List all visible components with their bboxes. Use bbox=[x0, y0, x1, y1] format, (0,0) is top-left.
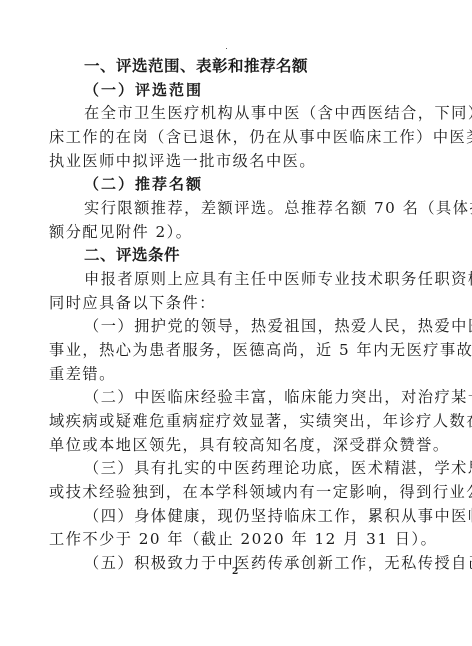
paragraph-line: （一）拥护党的领导，热爱祖国，热爱人民，热爱中医药 bbox=[84, 315, 421, 337]
scan-speck bbox=[226, 48, 227, 49]
paragraph-line: 重差错。 bbox=[49, 363, 421, 385]
paragraph-line: 申报者原则上应具有主任中医师专业技术职务任职资格， bbox=[84, 268, 421, 290]
paragraph-line: 事业，热心为患者服务，医德高尚，近 5 年内无医疗事故和严 bbox=[49, 339, 421, 361]
paragraph-line: 床工作的在岗（含已退休，仍在从事中医临床工作）中医类别 bbox=[49, 126, 421, 148]
subsection-heading: （一）评选范围 bbox=[84, 79, 421, 101]
paragraph-line: 单位或本地区领先，具有较高知名度，深受群众赞誉。 bbox=[49, 434, 421, 456]
paragraph-line: （三）具有扎实的中医药理论功底，医术精湛，学术思想 bbox=[84, 457, 421, 479]
paragraph-line: 实行限额推荐，差额评选。总推荐名额 70 名（具体推荐名 bbox=[84, 197, 421, 219]
page-number: 2 bbox=[232, 567, 238, 577]
paragraph-line: （二）中医临床经验丰富，临床能力突出，对治疗某一领 bbox=[84, 386, 421, 408]
document-page: 一、评选范围、表彰和推荐名额（一）评选范围在全市卫生医疗机构从事中医（含中西医结… bbox=[0, 0, 472, 646]
paragraph-line: 同时应具备以下条件： bbox=[49, 292, 421, 314]
paragraph-line: （四）身体健康，现仍坚持临床工作，累积从事中医临床 bbox=[84, 505, 421, 527]
section-heading: 二、评选条件 bbox=[84, 244, 421, 266]
subsection-heading: （二）推荐名额 bbox=[84, 173, 421, 195]
paragraph-line: 额分配见附件 2）。 bbox=[49, 221, 421, 243]
paragraph-line: 域疾病或疑难危重病症疗效显著，实绩突出，年诊疗人数在本 bbox=[49, 410, 421, 432]
paragraph-line: 或技术经验独到，在本学科领域内有一定影响，得到行业公认。 bbox=[49, 481, 421, 503]
paragraph-line: 在全市卫生医疗机构从事中医（含中西医结合，下同）临 bbox=[84, 102, 421, 124]
paragraph-line: 工作不少于 20 年（截止 2020 年 12 月 31 日）。 bbox=[49, 528, 421, 550]
paragraph-line: 执业医师中拟评选一批市级名中医。 bbox=[49, 150, 421, 172]
paragraph-line: （五）积极致力于中医药传承创新工作，无私传授自己的 bbox=[84, 552, 421, 574]
section-heading: 一、评选范围、表彰和推荐名额 bbox=[84, 55, 421, 77]
